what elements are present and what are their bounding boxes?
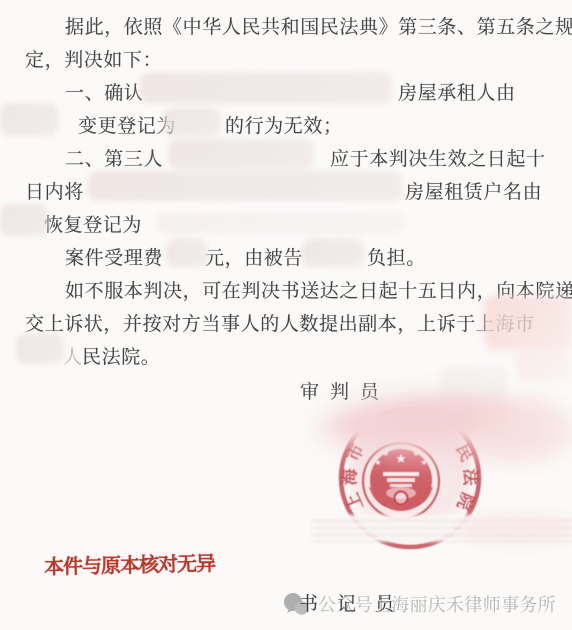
body-line-10: 交上诉状，并按对方当事人的人数提出副本，上诉于上海市 — [25, 309, 535, 336]
body-line-11a: 人 — [63, 342, 83, 369]
verification-stamp: 本件与原本核对无异 — [44, 547, 216, 580]
redaction-blur — [166, 239, 208, 267]
body-line-4a: 变更登记为 — [78, 111, 176, 138]
body-line-1: 据此，依照《中华人民共和国民法典》第三条、第五条之规 — [65, 12, 572, 39]
redaction-blur — [0, 204, 48, 236]
scan-streak-band-pink — [462, 512, 572, 546]
redaction-blur — [163, 108, 221, 136]
redaction-blur-pink — [516, 350, 572, 382]
redaction-blur — [140, 72, 392, 104]
body-line-5a: 二、第三人 — [65, 144, 163, 171]
seal-char: 法 — [460, 468, 480, 486]
redaction-blur — [168, 139, 314, 169]
redaction-blur — [0, 103, 58, 136]
body-line-8a: 案件受理费 — [65, 243, 163, 270]
seal-right-blur — [478, 398, 572, 462]
body-line-8b: 元，由被告 — [205, 243, 303, 270]
redaction-blur — [302, 239, 364, 267]
judgment-scan-page: 据此，依照《中华人民共和国民法典》第三条、第五条之规 定，判决如下： 一、确认 … — [0, 0, 572, 630]
body-line-7: 恢复登记为 — [44, 210, 142, 237]
redaction-blur — [88, 171, 402, 201]
body-line-4b: 的行为无效； — [225, 111, 343, 138]
clerk-label: 书记员 — [299, 589, 413, 616]
redaction-blur — [155, 212, 405, 234]
body-line-11b: 民法院。 — [82, 342, 160, 369]
body-line-6a: 日内将 — [25, 177, 84, 204]
body-line-5b: 应于本判决生效之日起十 — [330, 144, 546, 171]
body-line-2: 定，判决如下： — [25, 45, 162, 72]
body-line-3a: 一、确认 — [65, 78, 143, 105]
redaction-blur-pink — [484, 296, 572, 350]
body-line-6b: 房屋租赁户名由 — [405, 177, 542, 204]
body-line-8c: 负担。 — [367, 243, 426, 270]
body-line-3b: 房屋承租人由 — [398, 78, 516, 105]
seal-char: 海 — [339, 467, 359, 485]
redaction-blur — [16, 334, 64, 364]
